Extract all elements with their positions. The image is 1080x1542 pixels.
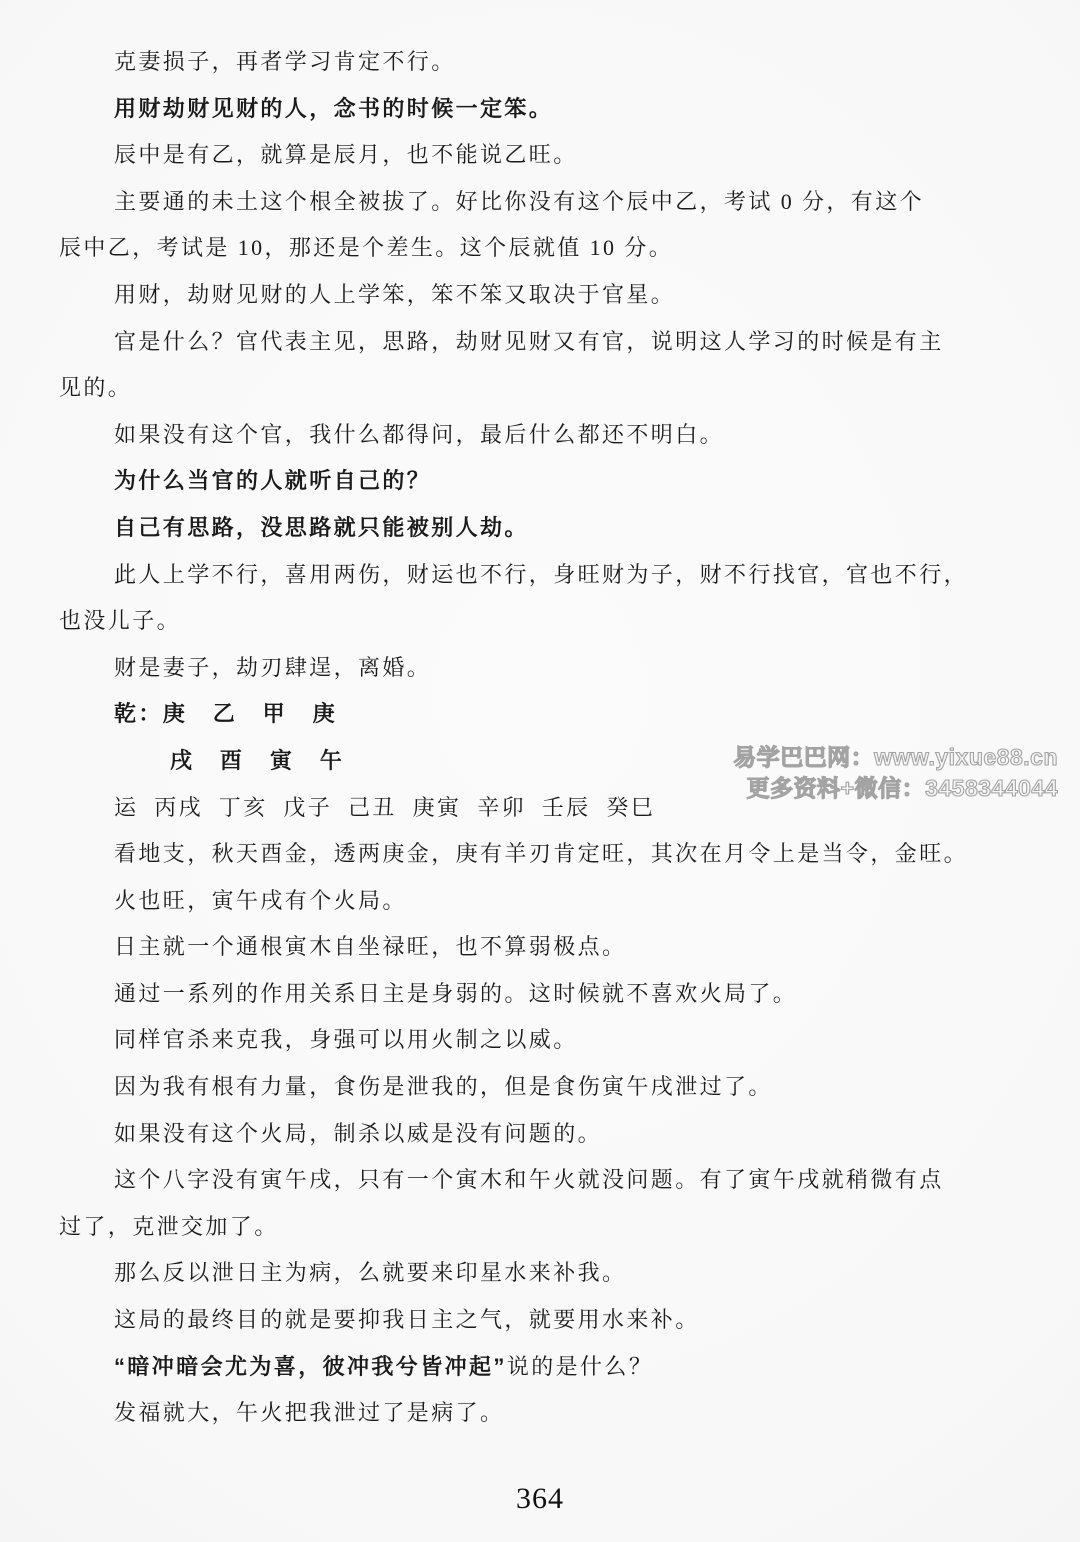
text-line: 官是什么？官代表主见，思路，劫财见财又有官，说明这人学习的时候是有主 xyxy=(59,319,1062,366)
text-segment-bold: 用财劫财见财的人，念书的时候一定笨。 xyxy=(114,96,553,121)
text-line: 通过一系列的作用关系日主是身弱的。这时候就不喜欢火局了。 xyxy=(59,971,1062,1018)
text-line: 因为我有根有力量，食伤是泄我的，但是食伤寅午戌泄过了。 xyxy=(59,1064,1062,1111)
page-number: 364 xyxy=(0,1482,1080,1516)
text-segment: 辰中是有乙，就算是辰月，也不能说乙旺。 xyxy=(114,142,578,167)
text-line: 这个八字没有寅午戌，只有一个寅木和午火就没问题。有了寅午戌就稍微有点 xyxy=(59,1157,1062,1204)
text-line: 克妻损子，再者学习肯定不行。 xyxy=(59,39,1062,86)
text-segment: 发福就大，午火把我泄过了是病了。 xyxy=(114,1400,504,1425)
text-segment: 这个八字没有寅午戌，只有一个寅木和午火就没问题。有了寅午戌就稍微有点 xyxy=(114,1167,944,1192)
text-line: 看地支，秋天酉金，透两庚金，庚有羊刃肯定旺，其次在月令上是当令，金旺。 xyxy=(59,831,1062,878)
text-segment-bold: “暗冲暗会尤为喜，彼冲我兮皆冲起” xyxy=(114,1354,507,1379)
text-line: 辰中是有乙，就算是辰月，也不能说乙旺。 xyxy=(59,132,1062,179)
text-line: 同样官杀来克我，身强可以用火制之以威。 xyxy=(59,1017,1062,1064)
text-segment: 克妻损子，再者学习肯定不行。 xyxy=(114,49,456,74)
text-segment: 这局的最终目的就是要抑我日主之气，就要用水来补。 xyxy=(114,1307,700,1332)
text-line: 用财，劫财见财的人上学笨，笨不笨又取决于官星。 xyxy=(59,272,1062,319)
text-line: 这局的最终目的就是要抑我日主之气，就要用水来补。 xyxy=(59,1297,1062,1344)
text-segment-bold: 戌 酉 寅 午 xyxy=(170,748,344,773)
text-segment: 日主就一个通根寅木自坐禄旺，也不算弱极点。 xyxy=(114,934,626,959)
text-line: 为什么当官的人就听自己的？ xyxy=(59,458,1062,505)
text-line: 如果没有这个官，我什么都得问，最后什么都还不明白。 xyxy=(59,412,1062,459)
text-segment: 此人上学不行，喜用两伤，财运也不行，身旺财为子，财不行找官，官也不行， xyxy=(114,562,968,587)
book-page: 克妻损子，再者学习肯定不行。用财劫财见财的人，念书的时候一定笨。辰中是有乙，就算… xyxy=(0,0,1080,1542)
text-segment: 也没儿子。 xyxy=(59,608,181,633)
text-line: 主要通的未土这个根全被拔了。好比你没有这个辰中乙，考试 0 分，有这个 xyxy=(59,179,1062,226)
text-segment: 见的。 xyxy=(59,375,132,400)
text-segment-bold: 乾：庚 乙 甲 庚 xyxy=(114,701,337,726)
text-line: 财是妻子，劫刃肆逞，离婚。 xyxy=(59,645,1062,692)
text-segment-bold: 为什么当官的人就听自己的？ xyxy=(114,468,431,493)
text-segment: 用财，劫财见财的人上学笨，笨不笨又取决于官星。 xyxy=(114,282,675,307)
text-segment: 辰中乙，考试是 10，那还是个差生。这个辰就值 10 分。 xyxy=(59,235,673,260)
text-segment: 说的是什么？ xyxy=(507,1354,653,1379)
text-segment: 通过一系列的作用关系日主是身弱的。这时候就不喜欢火局了。 xyxy=(114,981,797,1006)
text-segment: 看地支，秋天酉金，透两庚金，庚有羊刃肯定旺，其次在月令上是当令，金旺。 xyxy=(114,841,968,866)
text-line: 那么反以泄日主为病，么就要来印星水来补我。 xyxy=(59,1250,1062,1297)
watermark-line-2: 更多资料+微信：3458344044 xyxy=(733,773,1058,804)
text-segment: 如果没有这个官，我什么都得问，最后什么都还不明白。 xyxy=(114,422,724,447)
text-line: 此人上学不行，喜用两伤，财运也不行，身旺财为子，财不行找官，官也不行， xyxy=(59,552,1062,599)
text-line: 见的。 xyxy=(59,365,1062,412)
text-line: 如果没有这个火局，制杀以威是没有问题的。 xyxy=(59,1111,1062,1158)
text-line: 自己有思路，没思路就只能被别人劫。 xyxy=(59,505,1062,552)
text-segment: 火也旺，寅午戌有个火局。 xyxy=(114,888,407,913)
text-line: 也没儿子。 xyxy=(59,598,1062,645)
text-segment: 过了，克泄交加了。 xyxy=(59,1214,279,1239)
text-line: 乾：庚 乙 甲 庚 xyxy=(59,691,1062,738)
text-line: 发福就大，午火把我泄过了是病了。 xyxy=(59,1390,1062,1437)
text-segment-bold: 自己有思路，没思路就只能被别人劫。 xyxy=(114,515,529,540)
text-segment: 运 丙戌 丁亥 戊子 己丑 庚寅 辛卯 壬辰 癸巳 xyxy=(114,795,655,820)
watermark-line-1: 易学巴巴网：www.yixue88.cn xyxy=(733,742,1058,773)
text-line: 日主就一个通根寅木自坐禄旺，也不算弱极点。 xyxy=(59,924,1062,971)
watermark: 易学巴巴网：www.yixue88.cn 更多资料+微信：3458344044 xyxy=(733,742,1058,804)
text-segment: 财是妻子，劫刃肆逞，离婚。 xyxy=(114,655,431,680)
document-text: 克妻损子，再者学习肯定不行。用财劫财见财的人，念书的时候一定笨。辰中是有乙，就算… xyxy=(59,39,1062,1437)
text-segment: 如果没有这个火局，制杀以威是没有问题的。 xyxy=(114,1121,602,1146)
text-line: “暗冲暗会尤为喜，彼冲我兮皆冲起”说的是什么？ xyxy=(59,1344,1062,1391)
text-line: 用财劫财见财的人，念书的时候一定笨。 xyxy=(59,86,1062,133)
text-segment: 因为我有根有力量，食伤是泄我的，但是食伤寅午戌泄过了。 xyxy=(114,1074,773,1099)
text-segment: 那么反以泄日主为病，么就要来印星水来补我。 xyxy=(114,1260,626,1285)
text-segment: 官是什么？官代表主见，思路，劫财见财又有官，说明这人学习的时候是有主 xyxy=(114,329,944,354)
text-line: 过了，克泄交加了。 xyxy=(59,1204,1062,1251)
text-line: 火也旺，寅午戌有个火局。 xyxy=(59,878,1062,925)
text-segment: 主要通的未土这个根全被拔了。好比你没有这个辰中乙，考试 0 分，有这个 xyxy=(114,189,924,214)
text-segment: 同样官杀来克我，身强可以用火制之以威。 xyxy=(114,1027,578,1052)
text-line: 辰中乙，考试是 10，那还是个差生。这个辰就值 10 分。 xyxy=(59,225,1062,272)
